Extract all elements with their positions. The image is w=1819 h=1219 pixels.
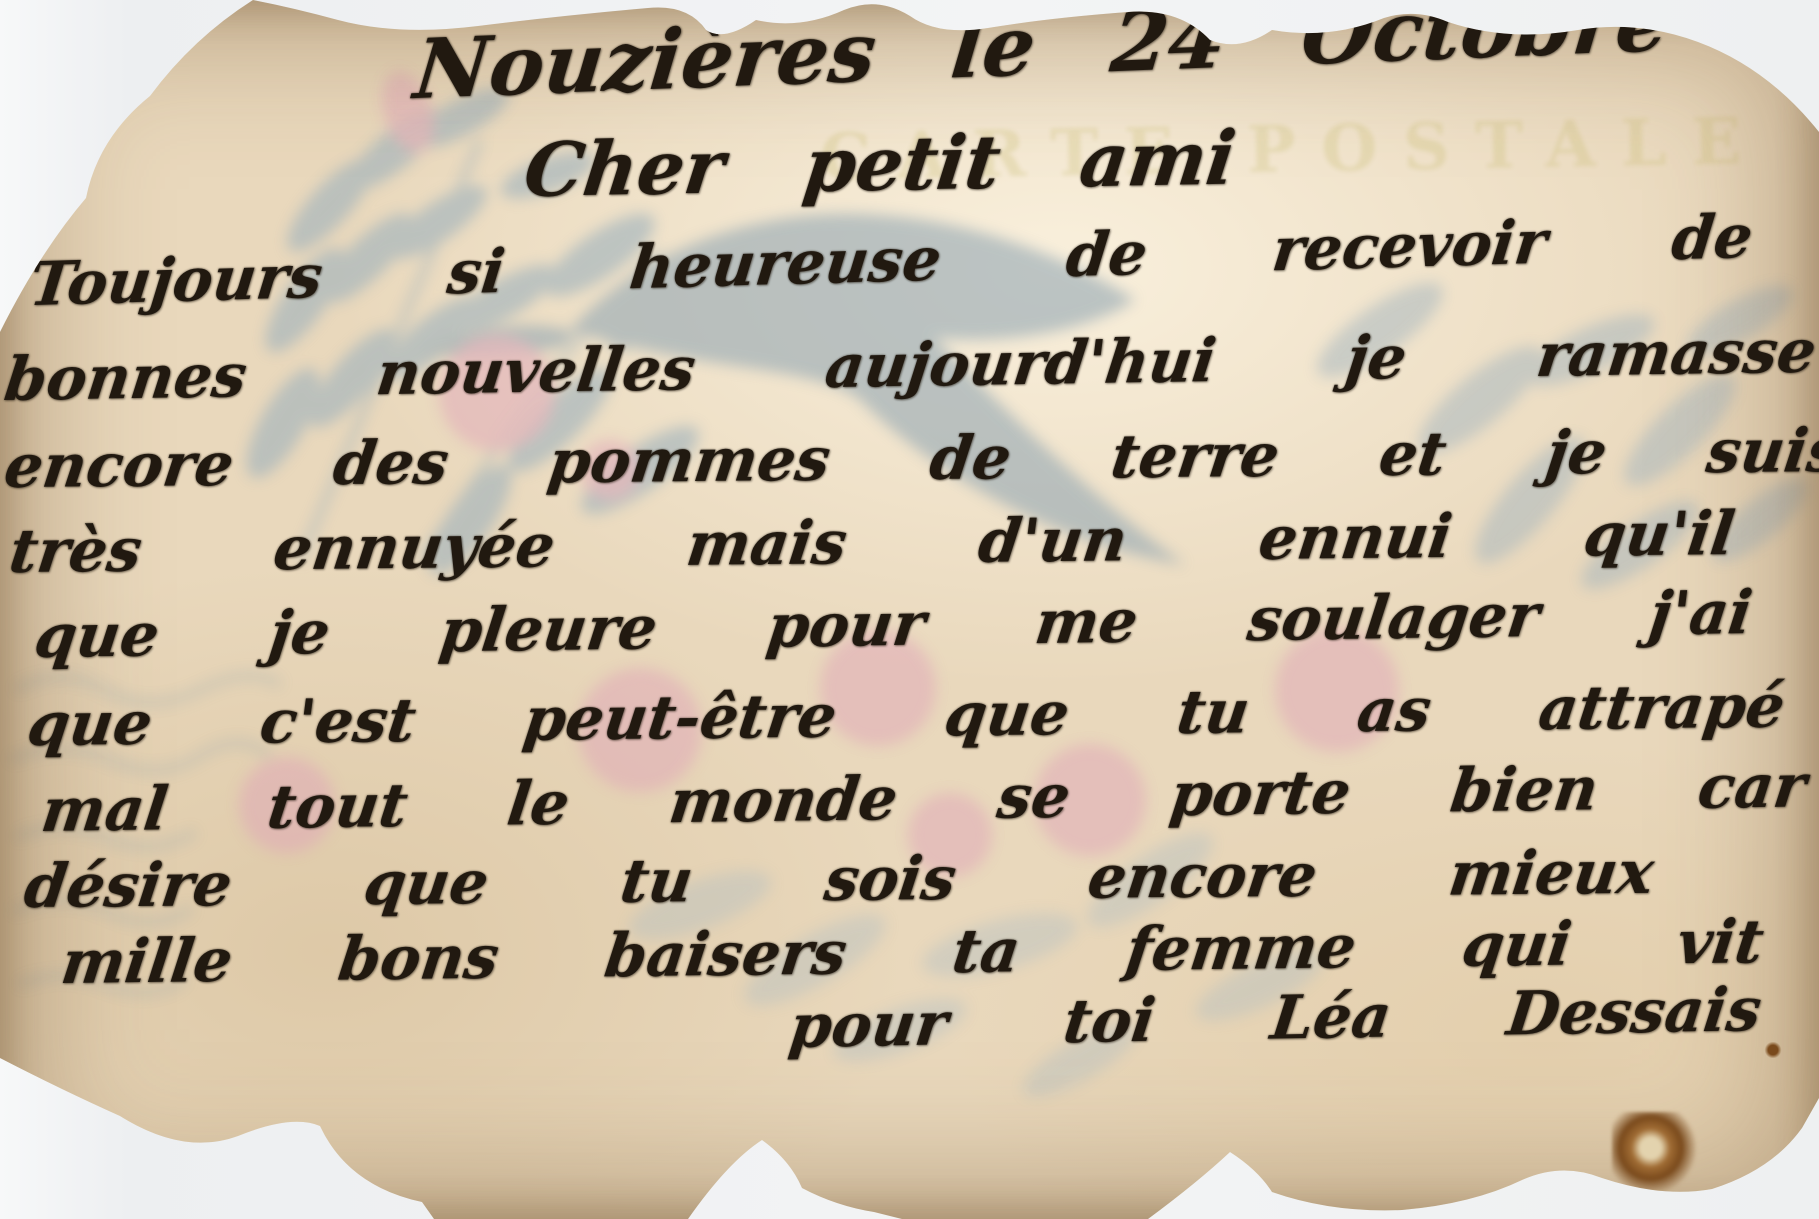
scanner-background: CARTE POSTALE Nouzières le 24 Octobre 19… <box>0 0 1819 1219</box>
stain-spot <box>1612 1112 1698 1192</box>
salutation: Cher petit ami <box>520 116 1240 215</box>
handwriting-line: désire que tu sois encore mieux <box>20 838 1658 922</box>
stain-speck <box>1764 1042 1782 1058</box>
postcard: CARTE POSTALE Nouzières le 24 Octobre 19… <box>0 0 1819 1219</box>
